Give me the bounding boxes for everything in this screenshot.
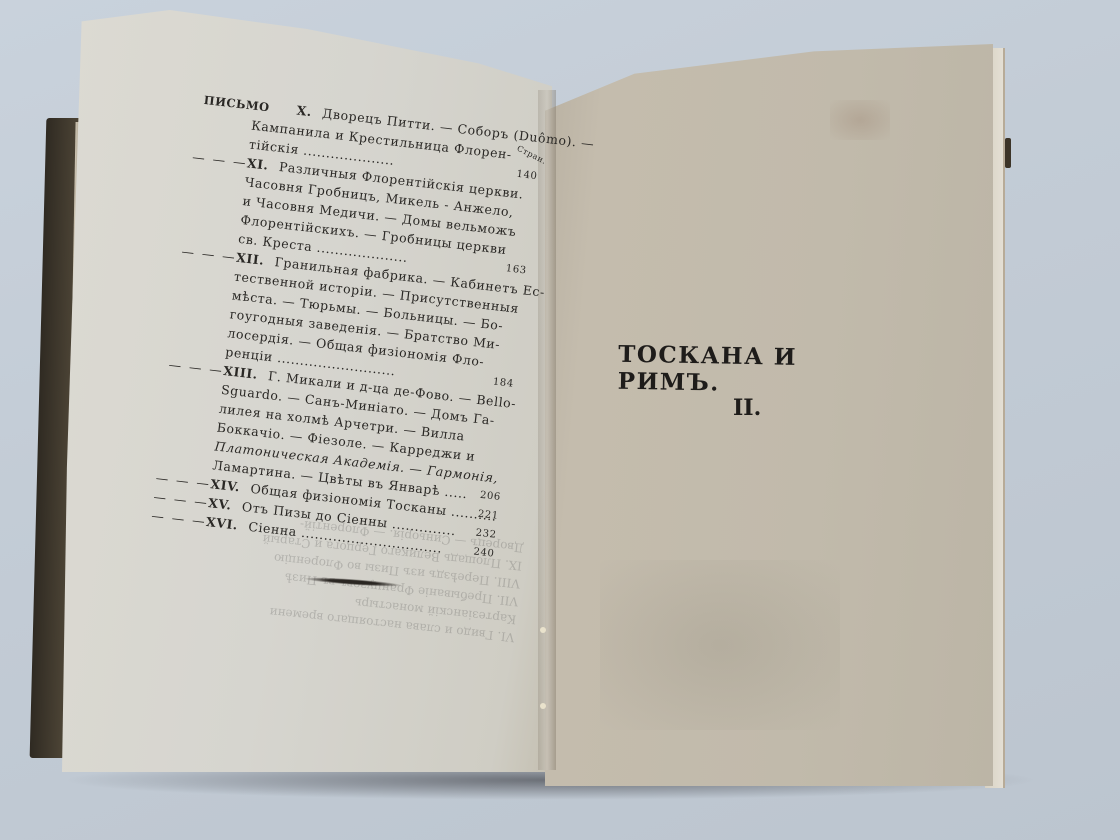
volume-number: II. bbox=[733, 395, 761, 421]
page-stain bbox=[600, 560, 840, 730]
toc-page-number: 206 bbox=[479, 486, 502, 507]
binding-thread bbox=[540, 627, 546, 633]
binding-thread bbox=[540, 703, 546, 709]
book-title: ТОСКАНА И РИМЪ. bbox=[618, 341, 879, 400]
toc-page-number: 240 bbox=[472, 542, 495, 563]
toc-page-number: 221 bbox=[477, 505, 500, 526]
page-stain bbox=[830, 100, 890, 140]
book-cover-right bbox=[1005, 138, 1011, 168]
toc-page-number: 232 bbox=[475, 524, 498, 545]
toc-page-number: 163 bbox=[505, 259, 528, 280]
toc-page-number: 184 bbox=[492, 373, 515, 394]
book-gutter bbox=[538, 90, 556, 770]
toc-page-number: 140 bbox=[515, 165, 538, 186]
table-of-contents: Стран. ПИСЬМО X. Дворецъ Питти. — Соборъ… bbox=[155, 90, 542, 564]
